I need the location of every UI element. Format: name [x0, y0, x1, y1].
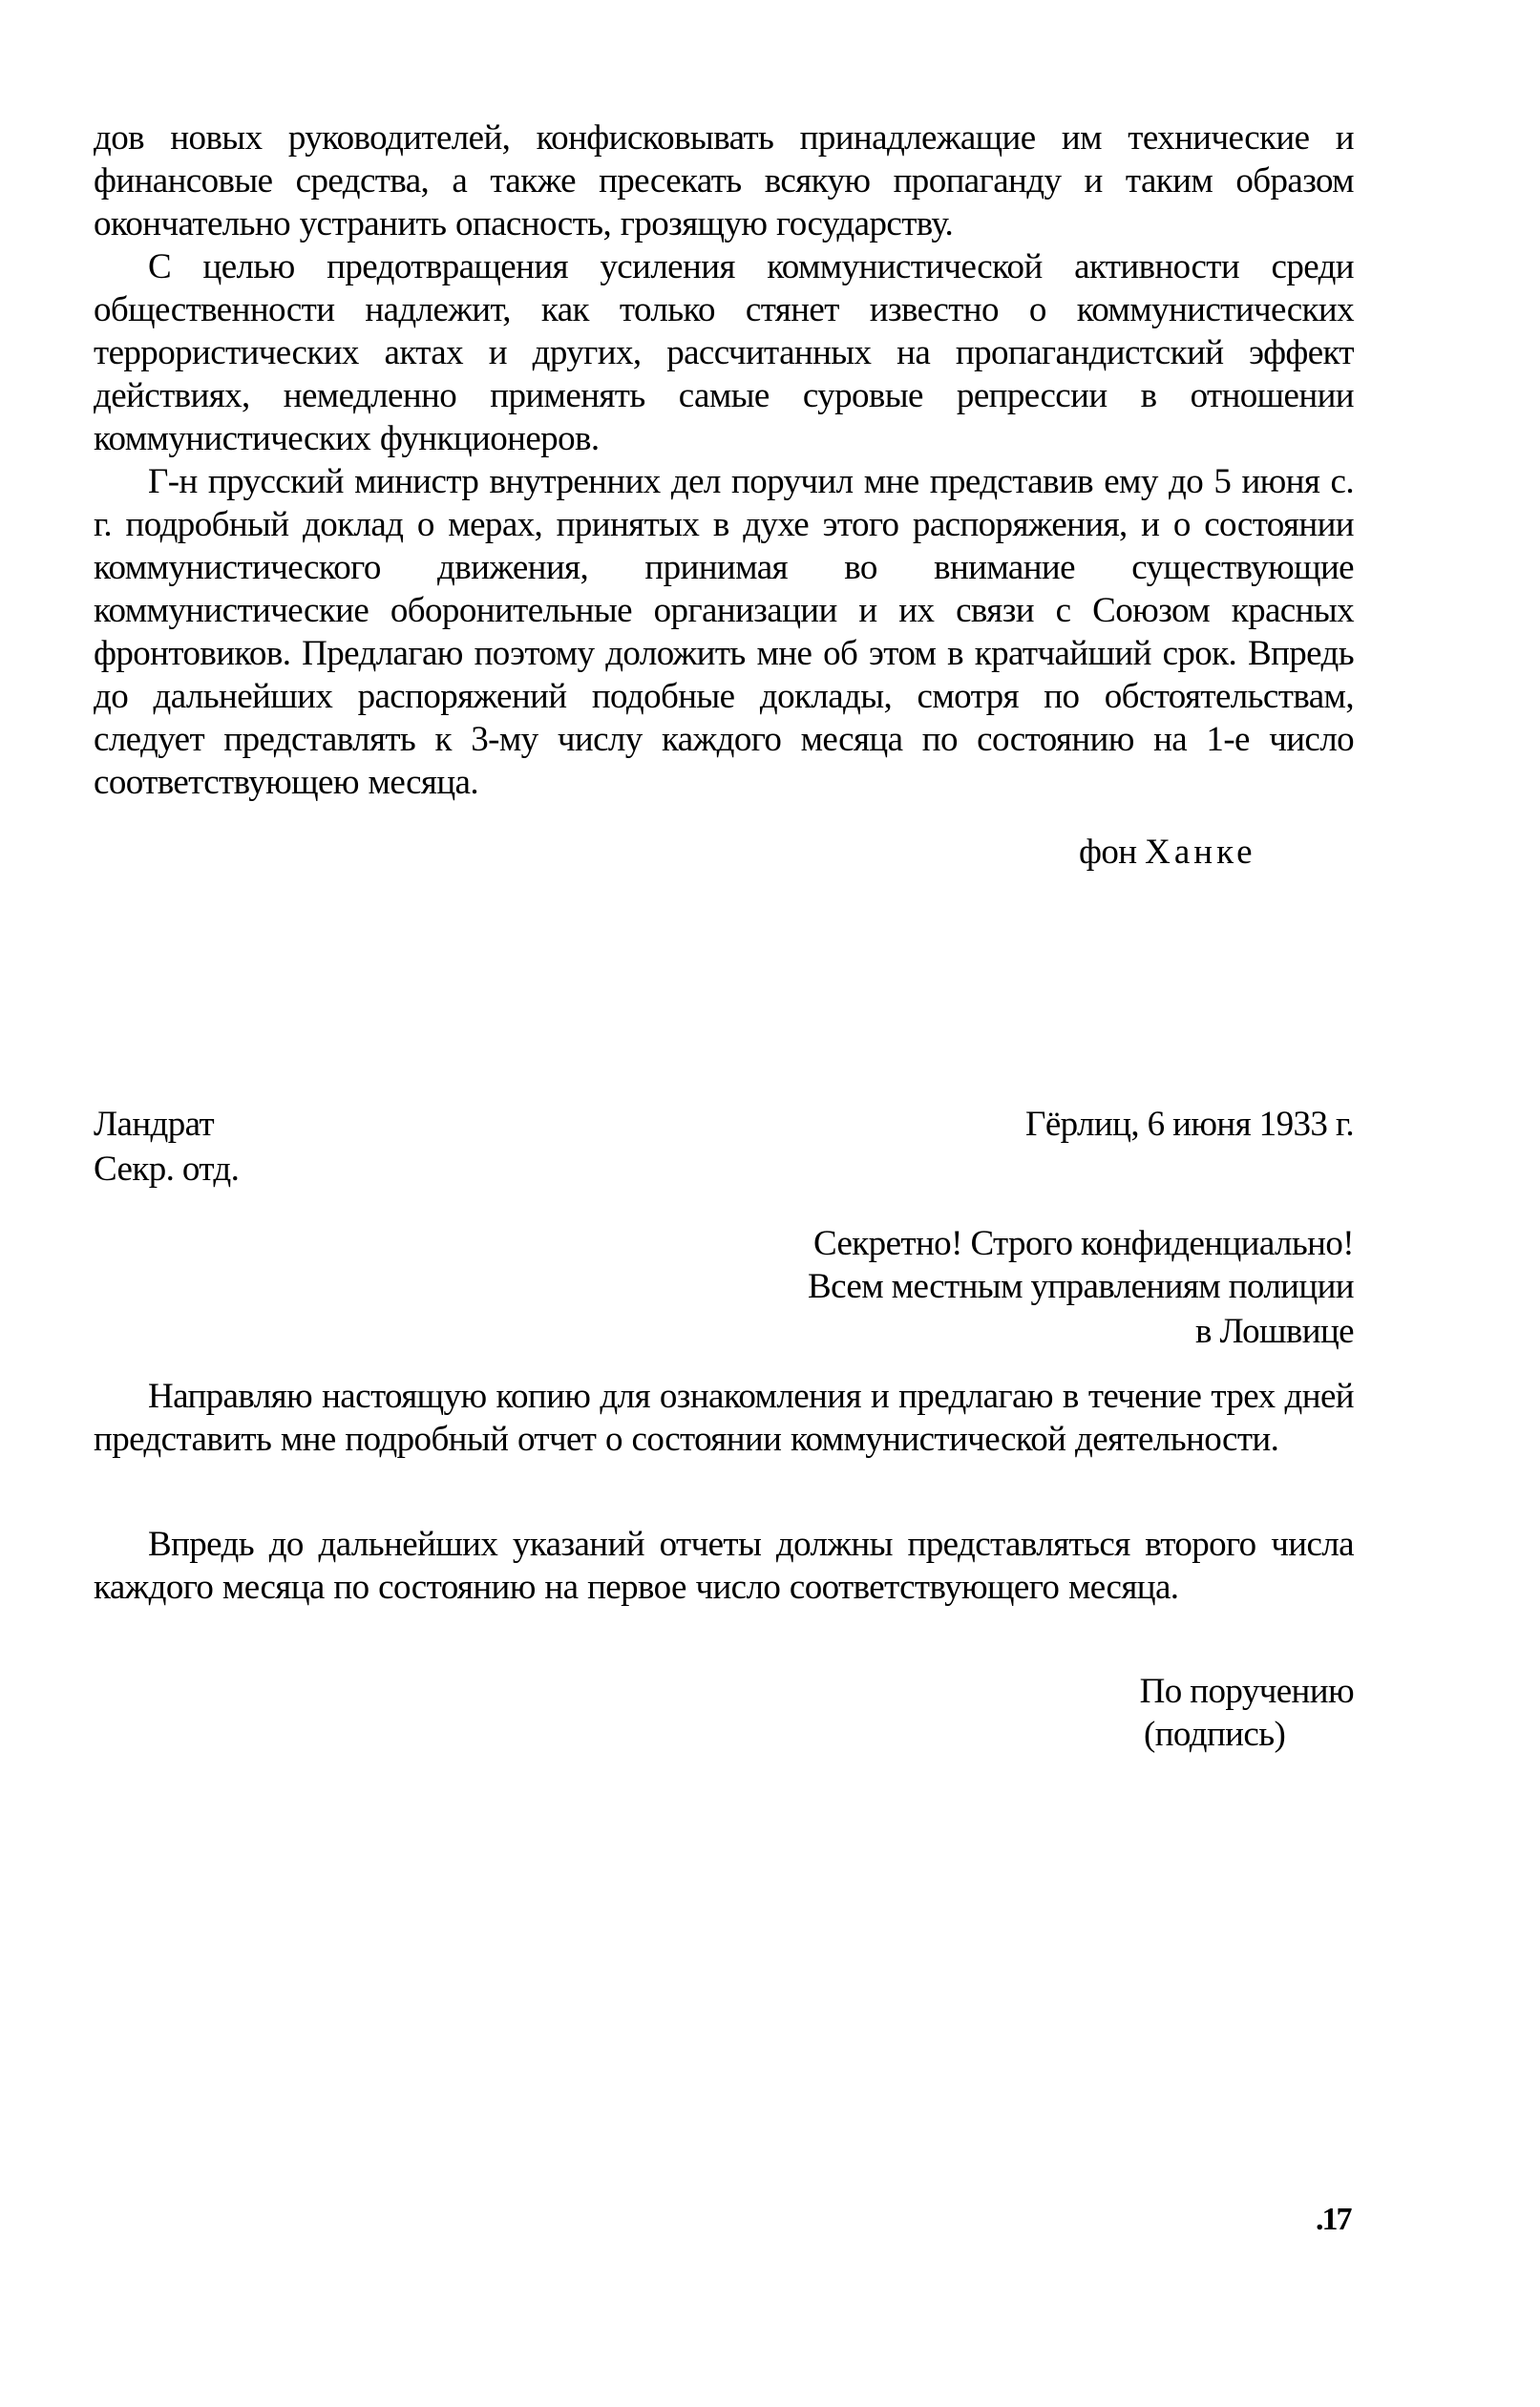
paragraph-repression-order: С целью предотвращения усиления коммунис… — [94, 245, 1354, 460]
closing-signature-placeholder: (подпись) — [1144, 1713, 1285, 1756]
closing-by-order: По поручению — [1140, 1670, 1354, 1713]
addressee-line-1: Секретно! Строго конфиденциально! — [813, 1222, 1354, 1265]
paragraph-minister-report: Г-н прусский министр внутренних дел пору… — [94, 460, 1354, 804]
paragraph-monthly-reports: Впредь до дальнейших указаний отчеты дол… — [94, 1523, 1354, 1609]
signature-prefix: фон — [1079, 833, 1136, 872]
paragraph-request-report: Направляю настоящую копию для ознакомлен… — [94, 1375, 1354, 1461]
place-date: Гёрлиц, 6 июня 1933 г. — [1025, 1103, 1354, 1146]
addressee-line-2: Всем местным управлениям полиции — [808, 1265, 1354, 1308]
addressee-line-3: в Лошвице — [1195, 1310, 1354, 1353]
page-number: .17 — [1316, 2198, 1351, 2241]
signature-name: Ханке — [1145, 833, 1255, 872]
sender-line-1: Ландрат — [94, 1103, 214, 1146]
sender-line-2: Секр. отд. — [94, 1148, 239, 1191]
paragraph-continuation: дов новых руководителей, конфисковывать … — [94, 116, 1354, 245]
signature-von-hanke: фон Ханке — [1079, 831, 1256, 874]
